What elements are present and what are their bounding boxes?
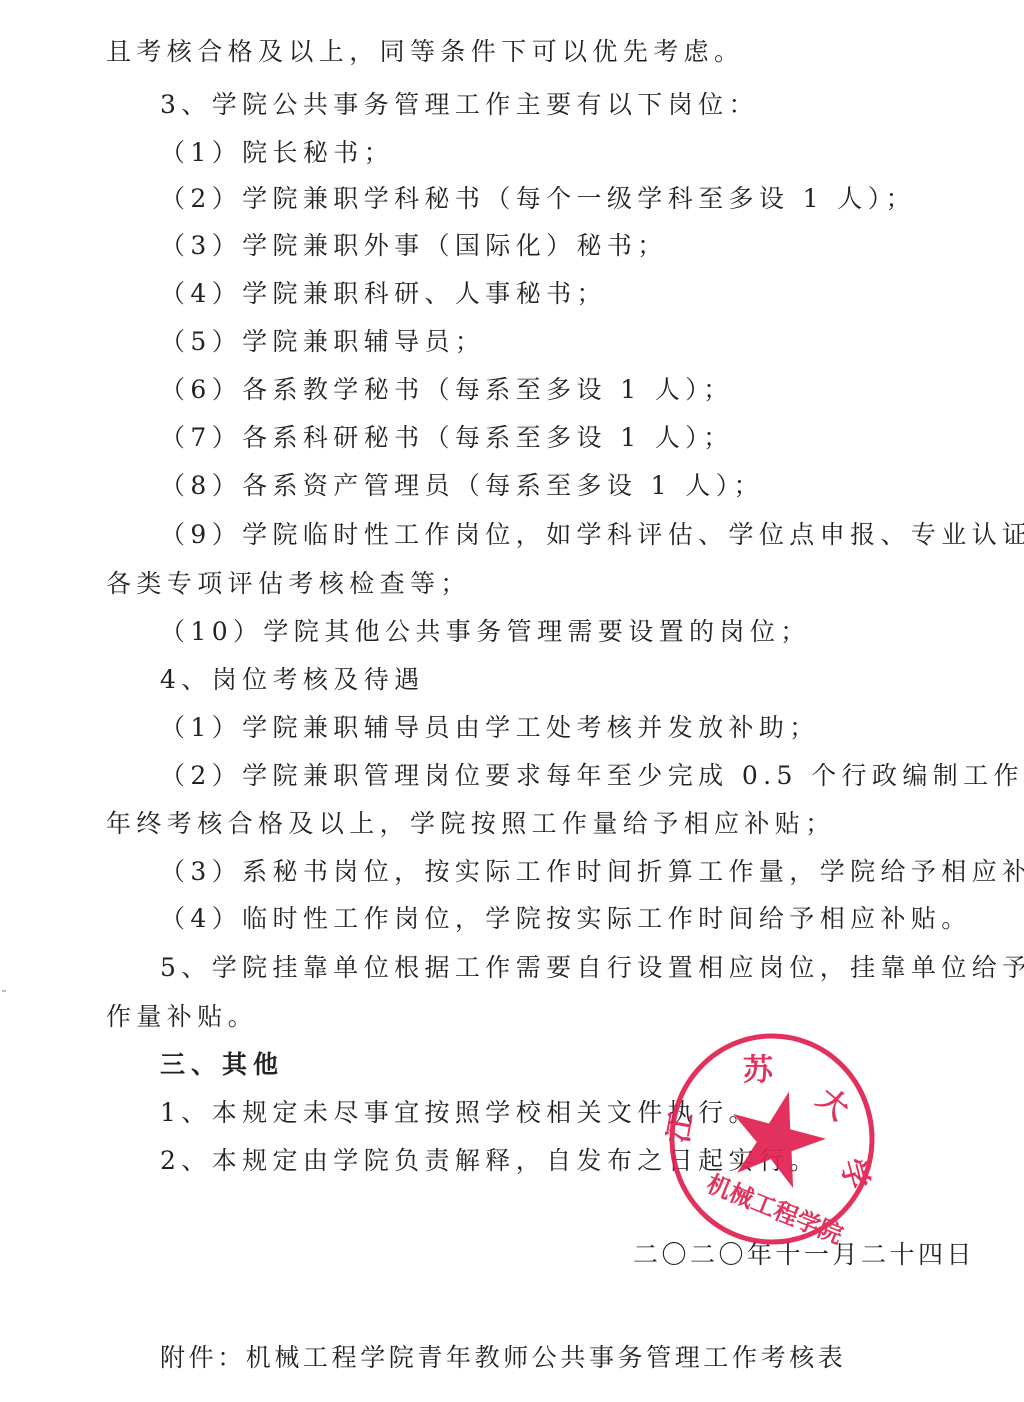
scan-speck — [2, 990, 6, 992]
list-item: （2）学院兼职管理岗位要求每年至少完成 0.5 个行政编制工作量， — [160, 761, 1024, 791]
seal-char: 江 — [665, 1110, 700, 1146]
seal-char: 苏 — [743, 1053, 774, 1088]
list-item: （10）学院其他公共事务管理需要设置的岗位； — [160, 617, 811, 647]
seal-char: 学 — [833, 1155, 875, 1193]
list-item: （4）学院兼职科研、人事秘书； — [160, 279, 607, 309]
section-heading-other: 三、其他 — [160, 1050, 284, 1080]
seal-inner-text: 机械工程学院 — [703, 1170, 847, 1247]
paragraph-line: 且考核合格及以上，同等条件下可以优先考虑。 — [106, 37, 744, 67]
list-item: （1）院长秘书； — [160, 138, 394, 168]
section-item-3: 3、学院公共事务管理工作主要有以下岗位： — [160, 90, 759, 120]
section-item-4: 4、岗位考核及待遇 — [160, 665, 425, 695]
list-item: （8）各系资产管理员（每系至多设 1 人）； — [160, 471, 764, 501]
official-seal: 苏 江 大 学 机械工程学院 — [665, 1032, 880, 1247]
attachment-note: 附件：机械工程学院青年教师公共事务管理工作考核表 — [160, 1343, 846, 1373]
list-item: （3）学院兼职外事（国际化）秘书； — [160, 231, 668, 261]
list-item-continuation: 年终考核合格及以上，学院按照工作量给予相应补贴； — [106, 809, 836, 839]
paragraph-continuation: 作量补贴。 — [106, 1002, 258, 1032]
list-item: （5）学院兼职辅导员； — [160, 327, 485, 357]
list-item: （6）各系教学秘书（每系至多设 1 人）； — [160, 375, 734, 405]
list-item: （1）学院兼职辅导员由学工处考核并发放补助； — [160, 713, 820, 743]
list-item-continuation: 各类专项评估考核检查等； — [106, 569, 471, 599]
list-item: （3）系秘书岗位，按实际工作时间折算工作量，学院给予相应补贴； — [160, 857, 1024, 887]
list-item: （7）各系科研秘书（每系至多设 1 人）； — [160, 423, 734, 453]
seal-char: 大 — [810, 1081, 855, 1127]
list-item: （9）学院临时性工作岗位，如学科评估、学位点申报、专业认证、 — [160, 520, 1024, 550]
list-item: （2）学院兼职学科秘书（每个一级学科至多设 1 人）； — [160, 184, 916, 214]
star-icon — [719, 1079, 836, 1193]
section-item-5: 5、学院挂靠单位根据工作需要自行设置相应岗位，挂靠单位给予工 — [160, 953, 1024, 983]
document-page: 且考核合格及以上，同等条件下可以优先考虑。 3、学院公共事务管理工作主要有以下岗… — [0, 0, 1024, 1402]
list-item: （4）临时性工作岗位，学院按实际工作时间给予相应补贴。 — [160, 904, 972, 934]
